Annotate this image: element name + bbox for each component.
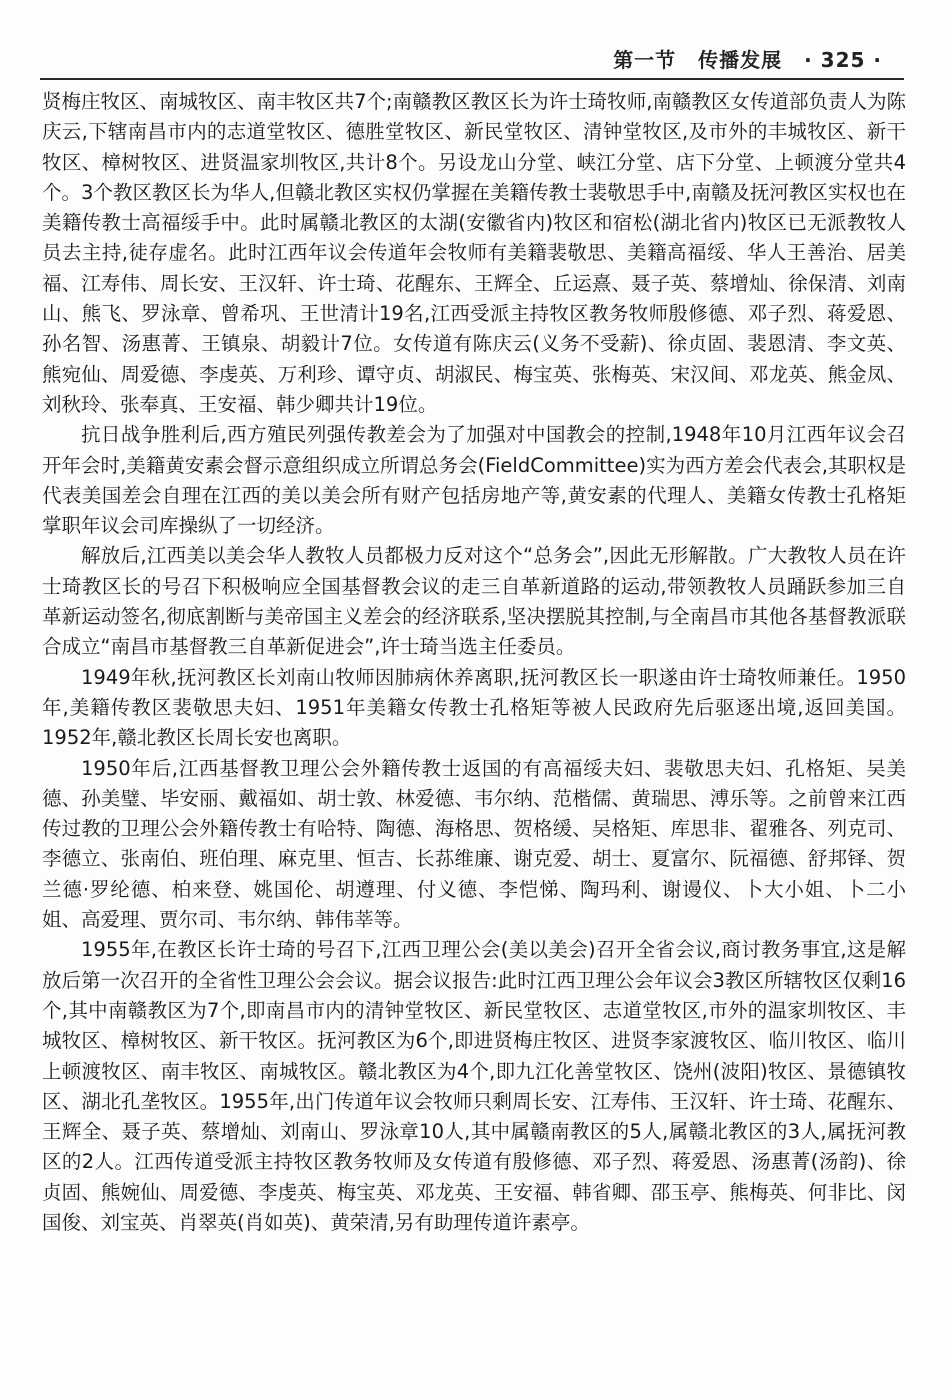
paragraph-6: 1955年,在教区长许士琦的号召下,江西卫理公会(美以美会)召开全省会议,商讨教…	[42, 935, 906, 1238]
paragraph-3: 解放后,江西美以美会华人教牧人员都极力反对这个“总务会”,因此无形解散。广大教牧…	[42, 541, 906, 662]
paragraph-4: 1949年秋,抚河教区长刘南山牧师因肺病休养离职,抚河教区长一职遂由许士琦牧师兼…	[42, 663, 906, 754]
header-right: 第一节 传播发展 · 325 ·	[599, 44, 882, 73]
section-label: 第一节	[613, 48, 676, 72]
paragraph-5: 1950年后,江西基督教卫理公会外籍传教士返国的有高福绥夫妇、裴敬思夫妇、孔格矩…	[42, 754, 906, 936]
section-title: 传播发展	[698, 48, 782, 72]
running-header: 第一节 传播发展 · 325 ·	[40, 38, 904, 80]
paragraph-1: 贤梅庄牧区、南城牧区、南丰牧区共7个;南赣教区教区长为许士琦牧师,南赣教区女传道…	[42, 87, 906, 420]
page-number: · 325 ·	[804, 48, 882, 72]
body-text: 贤梅庄牧区、南城牧区、南丰牧区共7个;南赣教区教区长为许士琦牧师,南赣教区女传道…	[42, 87, 906, 1238]
paragraph-2: 抗日战争胜利后,西方殖民列强传教差会为了加强对中国教会的控制,1948年10月江…	[42, 420, 906, 541]
